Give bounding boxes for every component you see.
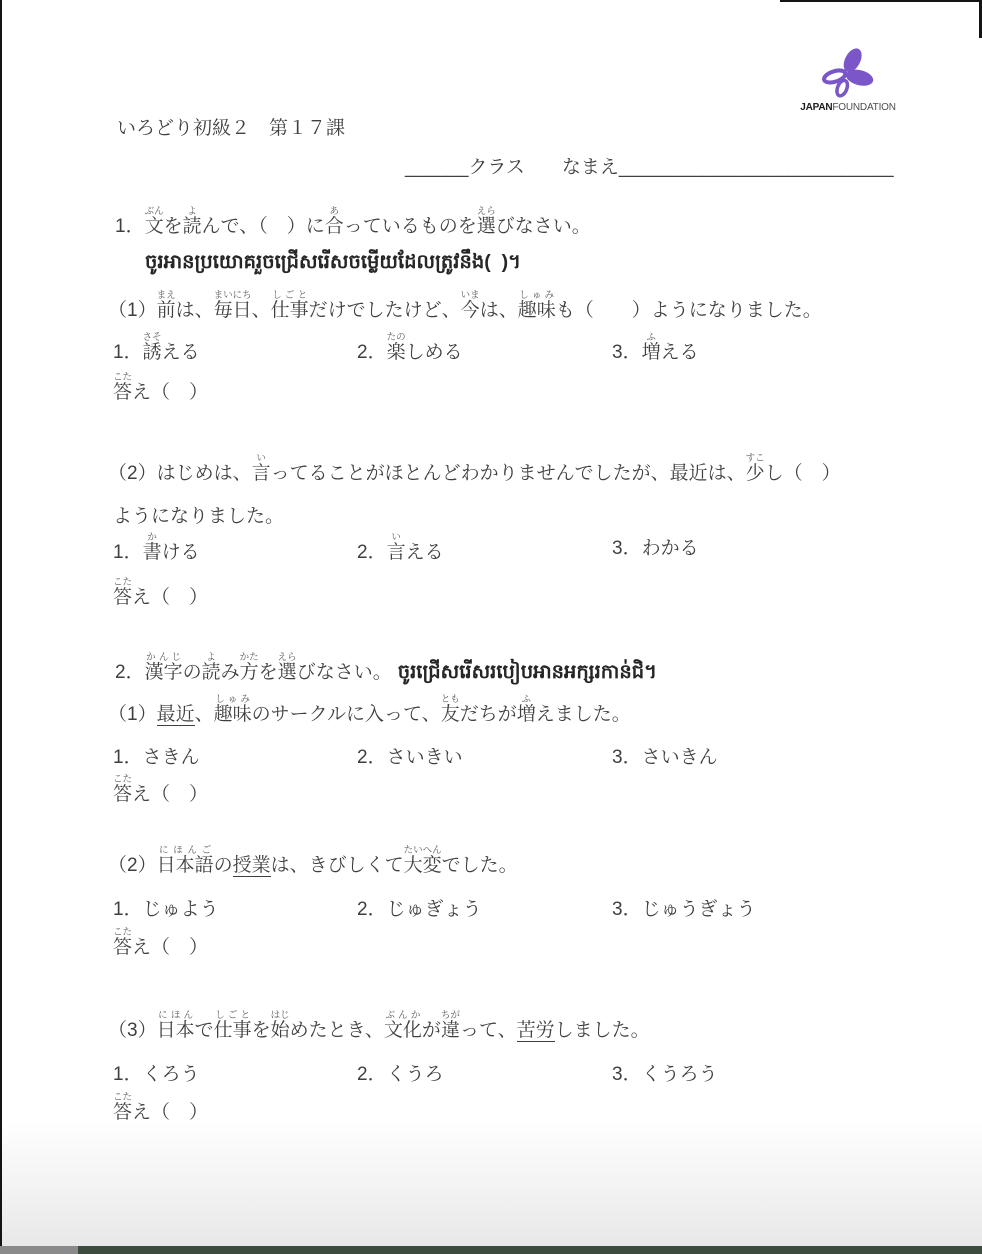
logo-wordmark-japan: JAPAN: [800, 102, 832, 113]
section1-heading-khmer: ចូរអានប្រយោគរួចជ្រើសរើសចម្លើយដែលត្រូវនឹង…: [145, 251, 521, 274]
option-3: 3．増ふえる: [612, 332, 699, 370]
logo-wordmark-foundation: FOUNDATION: [832, 102, 895, 113]
section1-question2-options: 1．書かける 2．言いえる 3．わかる: [113, 532, 913, 572]
option-3: 3．くうろう: [612, 1063, 718, 1086]
page-bottom-shadow: [2, 1120, 982, 1246]
section1-question2-text-line2: ようになりました。: [113, 505, 284, 528]
section2-question3-text: （3）日本にほんで仕事しごとを始はじめたとき、文化ぶんかが違ちがって、苦労しまし…: [108, 1010, 650, 1048]
option-2: 2．じゅぎょう: [357, 898, 482, 921]
option-2: 2．くうろ: [357, 1063, 444, 1086]
answer-blank-row: 答こたえ（ ）: [113, 577, 208, 615]
option-1: 1．じゅよう: [113, 898, 219, 921]
section2-question3-options: 1．くろう 2．くうろ 3．くうろう: [113, 1063, 913, 1103]
jf-flower-icon: [819, 46, 877, 100]
section1-question1-text: （1）前まえは、毎日まいにち、仕事しごとだけでしたけど、今いまは、趣味しゅみも（…: [108, 290, 822, 328]
option-3: 3．じゅうぎょう: [612, 898, 756, 921]
section2-heading: 2．漢字かんじの読よみ方かたを選えらびなさい。: [115, 662, 392, 683]
section2-heading-khmer: ចូរជ្រើសរើសរបៀបអានអក្សរកាន់ជិ។: [398, 661, 657, 683]
name-label: なまえ: [562, 157, 619, 178]
option-2: 2．さいきい: [357, 746, 463, 769]
option-3: 3．わかる: [612, 532, 699, 566]
answer-blank-row: 答こたえ（ ）: [113, 372, 208, 410]
option-1: 1．さきん: [113, 746, 200, 769]
section1-heading: 1．文ぶんを読よんで、（ ）に合あっているものを選えらびなさい。: [115, 206, 591, 244]
name-blank-line: __________________________: [619, 157, 894, 178]
section1-question1-options: 1．誘さそえる 2．楽たのしめる 3．増ふえる: [113, 332, 913, 372]
section2-question1-text: （1）最近、趣味しゅみのサークルに入って、友ともだちが増ふえました。: [108, 694, 631, 732]
japan-foundation-logo: JAPANFOUNDATION: [788, 46, 908, 113]
answer-blank-row: 答こたえ（ ）: [113, 774, 208, 812]
logo-wordmark: JAPANFOUNDATION: [788, 102, 908, 113]
option-2: 2．言いえる: [357, 532, 444, 570]
option-3: 3．さいきん: [612, 746, 718, 769]
class-blank-line: ______: [405, 157, 468, 178]
answer-blank-row: 答こたえ（ ）: [113, 927, 208, 965]
option-1: 1．書かける: [113, 532, 200, 570]
option-1: 1．誘さそえる: [113, 332, 200, 370]
option-1: 1．くろう: [113, 1063, 200, 1086]
class-label: クラス: [468, 157, 524, 178]
class-name-row: ______クラスなまえ__________________________: [405, 156, 894, 179]
next-page-edge-strip: [78, 1246, 982, 1254]
page-title: いろどり初級２ 第１７課: [117, 117, 345, 140]
section1-question2-text-line1: （2）はじめは、言いってることがほとんどわかりませんでしたが、最近は、少すこし（…: [108, 453, 841, 491]
section2-heading-row: 2．漢字かんじの読よみ方かたを選えらびなさい。ចូរជ្រើសរើសរបៀបអា…: [115, 652, 657, 690]
page-left-edge-line: [0, 0, 2, 1254]
section2-question1-options: 1．さきん 2．さいきい 3．さいきん: [113, 746, 913, 786]
section2-question2-options: 1．じゅよう 2．じゅぎょう 3．じゅうぎょう: [113, 898, 913, 938]
section2-question2-text: （2）日本語にほんごの授業は、きびしくて大変たいへんでした。: [108, 845, 518, 883]
page-top-edge-line: [780, 0, 982, 2]
option-2: 2．楽たのしめる: [357, 332, 463, 370]
worksheet-page: JAPANFOUNDATION いろどり初級２ 第１７課 ______クラスなま…: [0, 0, 982, 1254]
viewer-background-strip: [0, 1246, 78, 1254]
